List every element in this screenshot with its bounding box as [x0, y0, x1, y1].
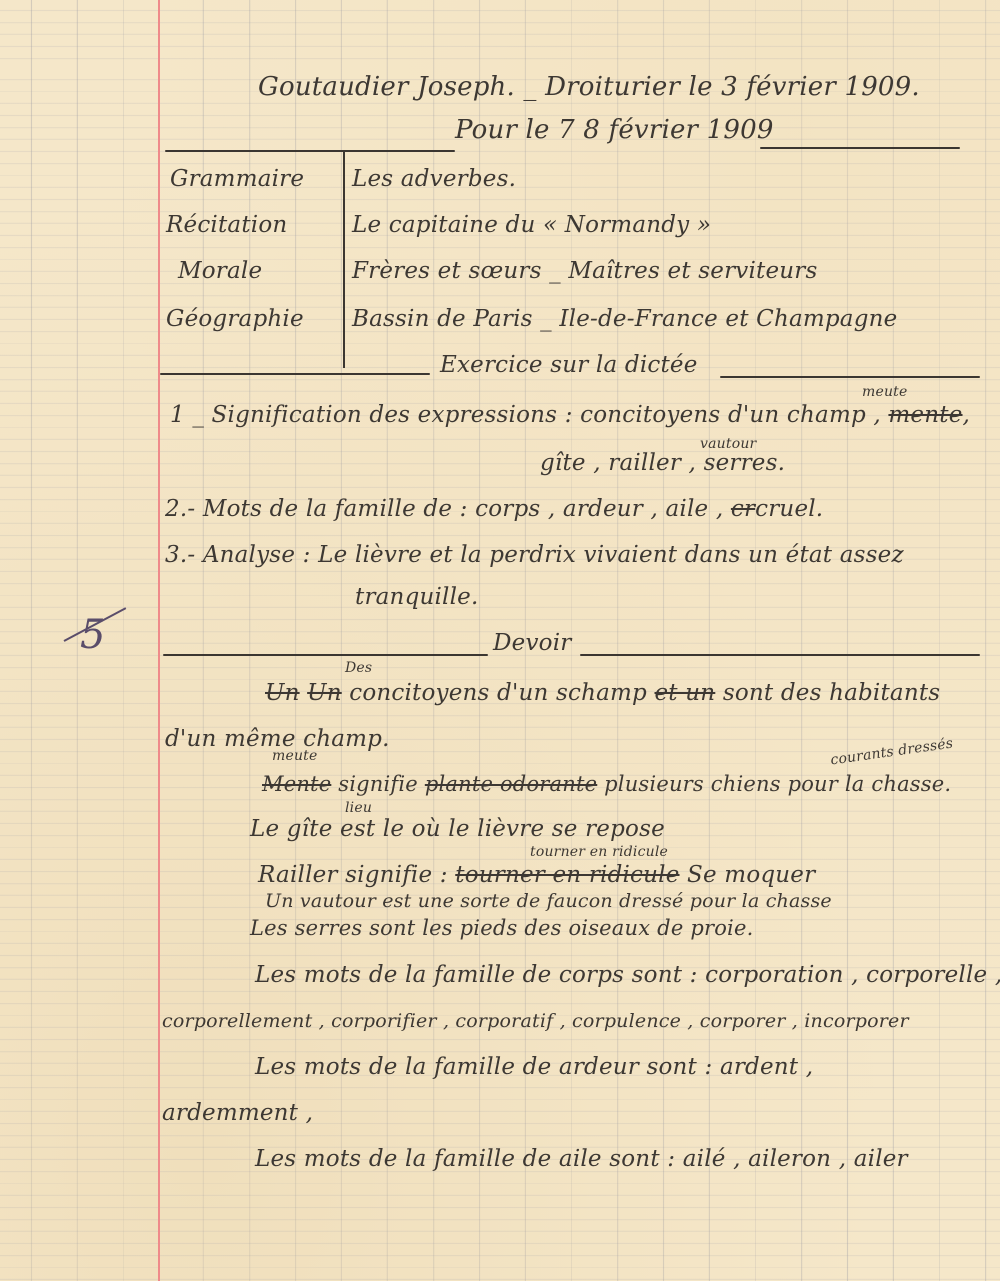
devoir-serres-line: Les serres sont les pieds des oiseaux de… — [250, 916, 753, 940]
question-1: 1 _ Signification des expressions : conc… — [170, 402, 970, 428]
exercise-rule-left — [160, 373, 430, 375]
devoir-p1-line1: Un Un concitoyens d'un schamp et un sont… — [265, 680, 940, 706]
subject-grammaire: Grammaire — [170, 166, 304, 192]
meute-text-b: plusieurs chiens pour la chasse. — [604, 772, 951, 796]
struck-un-1: Un — [265, 680, 300, 706]
devoir-corps-line2: corporellement , corporifier , corporati… — [162, 1010, 909, 1032]
header-rule-right — [760, 147, 960, 149]
question-2-suffix: cruel. — [755, 496, 823, 522]
devoir-ardeur-line2: ardemment , — [162, 1100, 313, 1126]
margin-line — [158, 0, 160, 1281]
devoir-railler-line: Railler signifie : tourner en ridicule S… — [258, 862, 815, 888]
question-2-struck: cr — [731, 496, 755, 522]
subject-morale: Morale — [178, 258, 262, 284]
meute-text-a: signifie — [338, 772, 418, 796]
devoir-gite-line: Le gîte est le où le lièvre se repose — [250, 816, 665, 842]
struck-plante-odorante: plante odorante — [425, 772, 597, 796]
struck-mente: Mente — [262, 772, 331, 796]
question-1-struck: mente — [888, 402, 962, 428]
devoir-vautour-line: Un vautour est une sorte de faucon dress… — [265, 890, 832, 912]
devoir-aile-line1: Les mots de la famille de aile sont : ai… — [255, 1146, 908, 1172]
devoir-insert-meute: meute — [272, 748, 318, 764]
struck-un-2: Un — [307, 680, 342, 706]
question-1-text: 1 _ Signification des expressions : conc… — [170, 402, 881, 428]
header-name-date: Goutaudier Joseph. _ Droiturier le 3 fév… — [258, 72, 920, 102]
devoir-rule-left — [163, 654, 488, 656]
exercise-rule-right — [720, 376, 980, 378]
devoir-insert-des: Des — [345, 660, 372, 676]
topic-morale: Frères et sœurs _ Maîtres et serviteurs — [352, 258, 818, 284]
subject-geographie: Géographie — [166, 306, 304, 332]
devoir-rule-right — [580, 654, 980, 656]
struck-et-un: et un — [655, 680, 716, 706]
schedule-divider — [343, 150, 345, 368]
railler-text-b: Se moquer — [687, 862, 815, 888]
question-1-insert-meute: meute — [862, 384, 908, 400]
devoir-corps-line1: Les mots de la famille de corps sont : c… — [255, 962, 1000, 988]
devoir-insert-tourner: tourner en ridicule — [530, 844, 668, 860]
question-1-line2: gîte , railler , serres. — [540, 450, 785, 476]
topic-geographie: Bassin de Paris _ Ile-de-France et Champ… — [352, 306, 897, 332]
subject-recitation: Récitation — [166, 212, 287, 238]
exercise-title: Exercice sur la dictée — [440, 352, 698, 378]
header-rule-left — [165, 150, 455, 152]
devoir-ardeur-line1: Les mots de la famille de ardeur sont : … — [255, 1054, 813, 1080]
struck-tourner-en-ridicule: tourner en ridicule — [455, 862, 679, 888]
question-2-text: 2.- Mots de la famille de : corps , arde… — [165, 496, 723, 522]
topic-grammaire: Les adverbes. — [352, 166, 516, 192]
question-3-line1: 3.- Analyse : Le lièvre et la perdrix vi… — [165, 542, 904, 568]
header-due-date: Pour le 7 8 février 1909 — [455, 115, 774, 145]
railler-text-a: Railler signifie : — [258, 862, 448, 888]
devoir-title: Devoir — [493, 630, 571, 656]
devoir-insert-lieu: lieu — [345, 800, 372, 816]
question-2: 2.- Mots de la famille de : corps , arde… — [165, 496, 823, 522]
devoir-p1-text-b: sont des habitants — [723, 680, 940, 706]
question-3-line2: tranquille. — [355, 584, 479, 610]
devoir-meute-line: Mente signifie plante odorante plusieurs… — [262, 772, 951, 796]
devoir-p1-text-a: concitoyens d'un schamp — [349, 680, 647, 706]
topic-recitation: Le capitaine du « Normandy » — [352, 212, 711, 238]
